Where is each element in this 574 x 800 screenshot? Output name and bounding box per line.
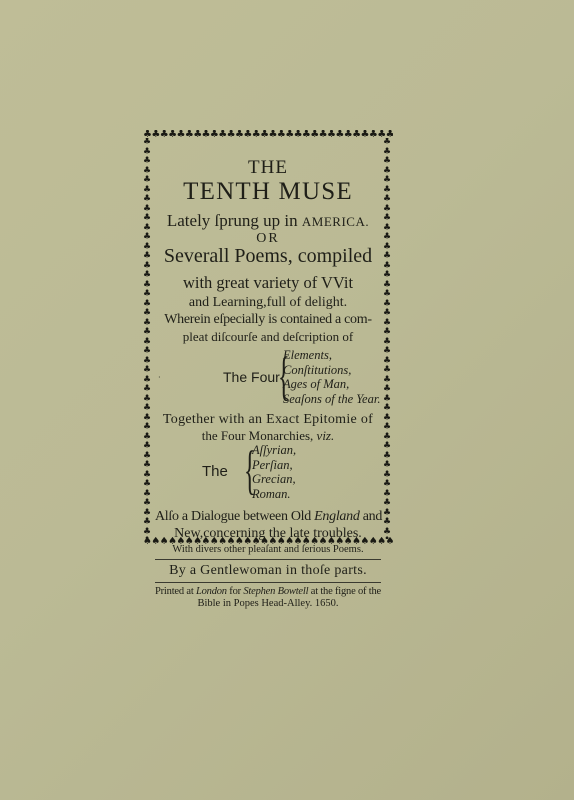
severall-poems-line: Severall Poems, compiled <box>155 245 381 268</box>
printer-name: Stephen Bowtell <box>243 586 308 597</box>
list-item: Seaſons of the Year. <box>283 392 380 407</box>
imprint-line-1: Printed at London for Stephen Bowtell at… <box>155 586 381 597</box>
divider <box>155 582 381 583</box>
london-text: London <box>196 586 227 597</box>
book-title: TENTH MUSE <box>155 178 381 206</box>
together-line: Together with an Exact Epitomie of <box>155 412 381 428</box>
or-line: OR <box>155 232 381 246</box>
list-item: Roman. <box>252 487 296 502</box>
list-item: Grecian, <box>252 472 296 487</box>
imprint-text: at the figne of the <box>308 586 381 597</box>
monarchies-list: Aſſyrian, Perſian, Grecian, Roman. <box>252 443 296 501</box>
author-line: By a Gentlewoman in thoſe parts. <box>155 563 381 579</box>
the-label: The <box>202 463 228 480</box>
wherein-line: Wherein eſpecially is contained a com- <box>155 312 381 328</box>
and-text: and <box>360 509 383 524</box>
the-four-label: The Four <box>223 369 280 385</box>
four-subjects-block: · The Four { Elements, Conſtitutions, Ag… <box>155 345 381 409</box>
learning-line: and Learning,full of delight. <box>155 295 381 311</box>
title-page-content: THE TENTH MUSE Lately ſprung up in Ameri… <box>155 142 381 535</box>
dialogue-text: Alſo a Dialogue between Old <box>155 509 314 524</box>
divider <box>155 559 381 560</box>
lately-text: Lately ſprung up in <box>167 211 302 230</box>
four-subjects-list: Elements, Conſtitutions, Ages of Man, Se… <box>283 348 380 406</box>
ornamental-border-top: ♣♣♣♣♣♣♣♣♣♣♣♣♣♣♣♣♣♣♣♣♣♣♣♣♣♣♣♣♣♣♣♣♣♣♣♣♣♣♣♣ <box>143 130 393 140</box>
list-item: Elements, <box>283 348 380 363</box>
list-item: Perſian, <box>252 458 296 473</box>
imprint-text: for <box>227 586 244 597</box>
subtitle-lately: Lately ſprung up in America. <box>155 211 381 231</box>
ornamental-border-left: ♣♣♣♣♣♣♣♣♣♣♣♣♣♣♣♣♣♣♣♣♣♣♣♣♣♣♣♣♣♣♣♣♣♣♣♣♣♣♣♣… <box>143 138 153 539</box>
pleat-line: pleat diſcourſe and deſcription of <box>155 329 381 345</box>
new-line: New,concerning the late troubles. <box>155 526 381 542</box>
list-item: Conſtitutions, <box>283 363 380 378</box>
title-page-frame: ♣♣♣♣♣♣♣♣♣♣♣♣♣♣♣♣♣♣♣♣♣♣♣♣♣♣♣♣♣♣♣♣♣♣♣♣♣♣♣♣… <box>143 130 393 547</box>
imprint-line-2: Bible in Popes Head-Alley. 1650. <box>155 598 381 609</box>
imprint-text: Printed at <box>155 586 196 597</box>
dialogue-line: Alſo a Dialogue between Old England and <box>155 509 381 525</box>
title-article: THE <box>155 157 381 179</box>
ornamental-border-right: ♣♣♣♣♣♣♣♣♣♣♣♣♣♣♣♣♣♣♣♣♣♣♣♣♣♣♣♣♣♣♣♣♣♣♣♣♣♣♣♣… <box>383 138 393 539</box>
list-item: Ages of Man, <box>283 377 380 392</box>
england-text: England <box>314 509 359 524</box>
stray-dot: · <box>158 373 161 382</box>
list-item: Aſſyrian, <box>252 443 296 458</box>
monarchies-block: The { Aſſyrian, Perſian, Grecian, Roman. <box>155 441 381 505</box>
america-text: America. <box>302 214 369 229</box>
divers-line: With divers other pleaſant and ſerious P… <box>155 544 381 555</box>
wit-line: with great variety of VVit <box>155 273 381 293</box>
